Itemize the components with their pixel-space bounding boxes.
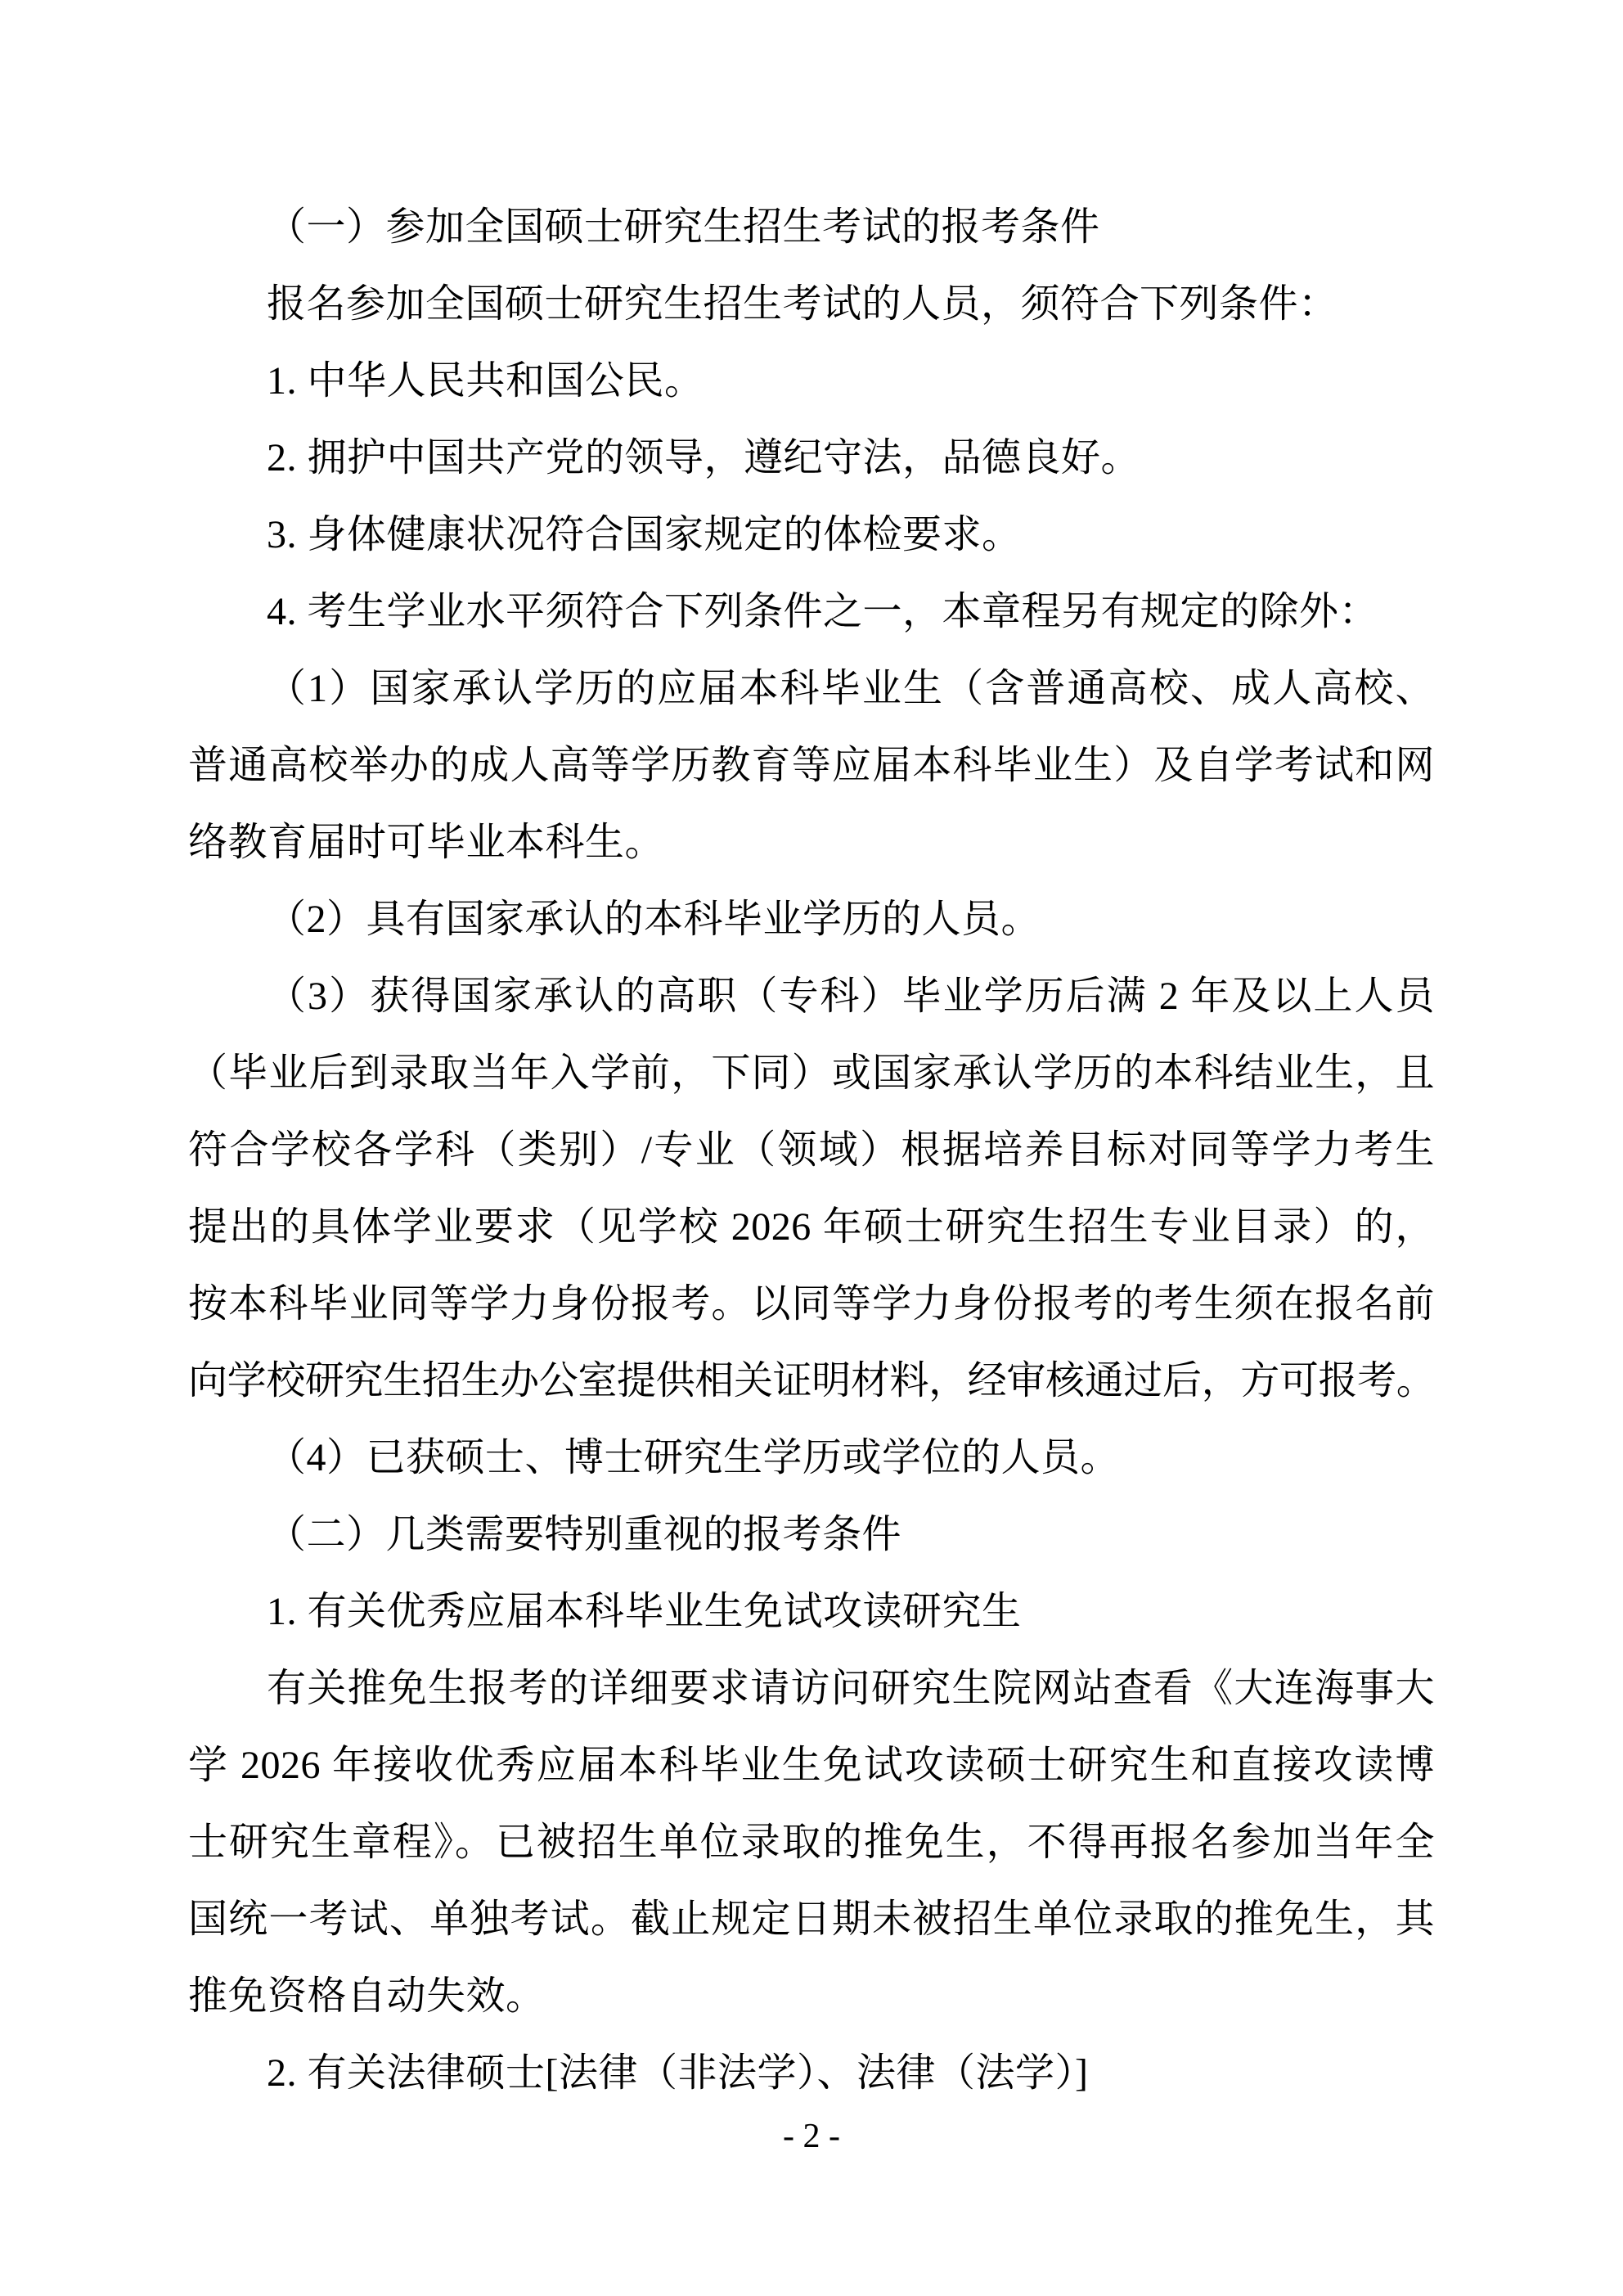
text-line: 按本科毕业同等学力身份报考。以同等学力身份报考的考生须在报名前: [188, 1266, 1435, 1343]
text-line: 4. 考生学业水平须符合下列条件之一，本章程另有规定的除外：: [188, 574, 1435, 651]
text-line: 1. 中华人民共和国公民。: [188, 343, 1435, 420]
text-line: 提出的具体学业要求（见学校 2026 年硕士研究生招生专业目录）的，: [188, 1189, 1435, 1266]
text-line: （4）已获硕士、博士研究生学历或学位的人员。: [188, 1420, 1435, 1497]
page-number: - 2 -: [188, 2112, 1435, 2161]
document-page: （一）参加全国硕士研究生招生考试的报考条件报名参加全国硕士研究生招生考试的人员，…: [0, 0, 1623, 2296]
text-block: （一）参加全国硕士研究生招生考试的报考条件报名参加全国硕士研究生招生考试的人员，…: [188, 189, 1435, 2112]
text-line: 普通高校举办的成人高等学历教育等应届本科毕业生）及自学考试和网: [188, 727, 1435, 804]
text-line: 推免资格自动失效。: [188, 1958, 1435, 2035]
text-line: （二）几类需要特别重视的报考条件: [188, 1497, 1435, 1573]
text-line: 2. 拥护中国共产党的领导，遵纪守法，品德良好。: [188, 420, 1435, 497]
text-line: （2）具有国家承认的本科毕业学历的人员。: [188, 881, 1435, 958]
text-line: 3. 身体健康状况符合国家规定的体检要求。: [188, 497, 1435, 574]
text-line: （1）国家承认学历的应届本科毕业生（含普通高校、成人高校、: [188, 651, 1435, 727]
text-line: 符合学校各学科（类别）/专业（领域）根据培养目标对同等学力考生: [188, 1112, 1435, 1189]
text-line: 2. 有关法律硕士[法律（非法学）、法律（法学）]: [188, 2035, 1435, 2112]
text-line: 学 2026 年接收优秀应届本科毕业生免试攻读硕士研究生和直接攻读博: [188, 1727, 1435, 1804]
text-line: 国统一考试、单独考试。截止规定日期未被招生单位录取的推免生，其: [188, 1881, 1435, 1958]
text-line: （3）获得国家承认的高职（专科）毕业学历后满 2 年及以上人员: [188, 958, 1435, 1035]
text-line: 有关推免生报考的详细要求请访问研究生院网站查看《大连海事大: [188, 1650, 1435, 1727]
text-line: 向学校研究生招生办公室提供相关证明材料，经审核通过后，方可报考。: [188, 1343, 1435, 1420]
text-line: 1. 有关优秀应届本科毕业生免试攻读研究生: [188, 1573, 1435, 1650]
text-line: 士研究生章程》。已被招生单位录取的推免生，不得再报名参加当年全: [188, 1804, 1435, 1881]
text-line: （一）参加全国硕士研究生招生考试的报考条件: [188, 189, 1435, 266]
text-line: 络教育届时可毕业本科生。: [188, 804, 1435, 881]
text-line: （毕业后到录取当年入学前，下同）或国家承认学历的本科结业生，且: [188, 1035, 1435, 1112]
text-line: 报名参加全国硕士研究生招生考试的人员，须符合下列条件：: [188, 266, 1435, 343]
